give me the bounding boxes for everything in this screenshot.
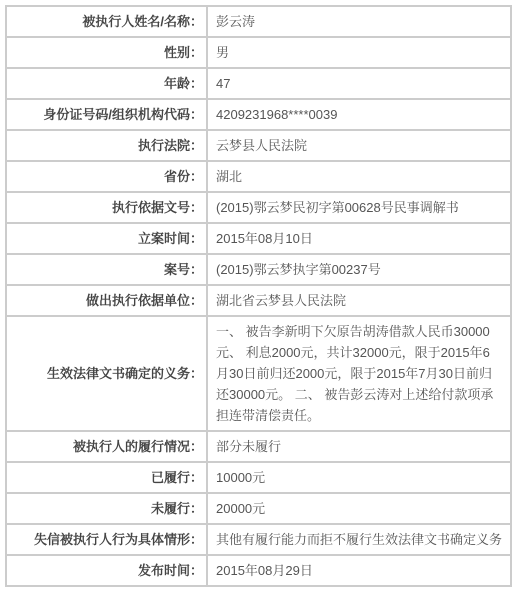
table-row-publish-date: 发布时间： 2015年08月29日: [6, 555, 511, 586]
dishonest-debtor-detail-page: 被执行人姓名/名称： 彭云涛 性别： 男 年龄： 47 身份证号码/组织机构代码…: [0, 0, 519, 597]
table-row-age: 年龄： 47: [6, 68, 511, 99]
field-value-basis-issuing-unit: 湖北省云梦县人民法院: [207, 285, 511, 316]
table-row-unperformed-amount: 未履行： 20000元: [6, 493, 511, 524]
field-value-age: 47: [207, 68, 511, 99]
field-value-publish-date: 2015年08月29日: [207, 555, 511, 586]
field-label-publish-date: 发布时间：: [6, 555, 207, 586]
table-row-name: 被执行人姓名/名称： 彭云涛: [6, 6, 511, 37]
field-label-id-number: 身份证号码/组织机构代码：: [6, 99, 207, 130]
field-label-filing-date: 立案时间：: [6, 223, 207, 254]
field-value-executing-court: 云梦县人民法院: [207, 130, 511, 161]
field-value-case-number: (2015)鄂云梦执字第00237号: [207, 254, 511, 285]
field-value-legal-obligation: 一、 被告李新明下欠原告胡涛借款人民币30000元、 利息2000元，共计320…: [207, 316, 511, 431]
field-value-basis-doc-number: (2015)鄂云梦民初字第00628号民事调解书: [207, 192, 511, 223]
table-row-id-number: 身份证号码/组织机构代码： 4209231968****0039: [6, 99, 511, 130]
table-row-legal-obligation: 生效法律文书确定的义务： 一、 被告李新明下欠原告胡涛借款人民币30000元、 …: [6, 316, 511, 431]
field-label-performed-amount: 已履行：: [6, 462, 207, 493]
table-row-dishonest-conduct: 失信被执行人行为具体情形： 其他有履行能力而拒不履行生效法律文书确定义务: [6, 524, 511, 555]
field-label-basis-issuing-unit: 做出执行依据单位：: [6, 285, 207, 316]
table-row-gender: 性别： 男: [6, 37, 511, 68]
table-row-performed-amount: 已履行： 10000元: [6, 462, 511, 493]
field-label-gender: 性别：: [6, 37, 207, 68]
field-label-unperformed-amount: 未履行：: [6, 493, 207, 524]
field-value-performance-status: 部分未履行: [207, 431, 511, 462]
field-value-name: 彭云涛: [207, 6, 511, 37]
field-value-performed-amount: 10000元: [207, 462, 511, 493]
field-value-gender: 男: [207, 37, 511, 68]
field-label-case-number: 案号：: [6, 254, 207, 285]
field-label-province: 省份：: [6, 161, 207, 192]
field-value-dishonest-conduct: 其他有履行能力而拒不履行生效法律文书确定义务: [207, 524, 511, 555]
field-value-province: 湖北: [207, 161, 511, 192]
field-label-name: 被执行人姓名/名称：: [6, 6, 207, 37]
table-row-case-number: 案号： (2015)鄂云梦执字第00237号: [6, 254, 511, 285]
table-row-executing-court: 执行法院： 云梦县人民法院: [6, 130, 511, 161]
table-row-basis-issuing-unit: 做出执行依据单位： 湖北省云梦县人民法院: [6, 285, 511, 316]
field-value-unperformed-amount: 20000元: [207, 493, 511, 524]
table-row-filing-date: 立案时间： 2015年08月10日: [6, 223, 511, 254]
table-row-province: 省份： 湖北: [6, 161, 511, 192]
field-label-legal-obligation: 生效法律文书确定的义务：: [6, 316, 207, 431]
field-label-executing-court: 执行法院：: [6, 130, 207, 161]
field-label-age: 年龄：: [6, 68, 207, 99]
field-value-filing-date: 2015年08月10日: [207, 223, 511, 254]
field-label-dishonest-conduct: 失信被执行人行为具体情形：: [6, 524, 207, 555]
field-value-id-number: 4209231968****0039: [207, 99, 511, 130]
field-label-performance-status: 被执行人的履行情况：: [6, 431, 207, 462]
table-row-basis-doc-number: 执行依据文号： (2015)鄂云梦民初字第00628号民事调解书: [6, 192, 511, 223]
table-row-performance-status: 被执行人的履行情况： 部分未履行: [6, 431, 511, 462]
debtor-info-table: 被执行人姓名/名称： 彭云涛 性别： 男 年龄： 47 身份证号码/组织机构代码…: [5, 5, 512, 587]
field-label-basis-doc-number: 执行依据文号：: [6, 192, 207, 223]
